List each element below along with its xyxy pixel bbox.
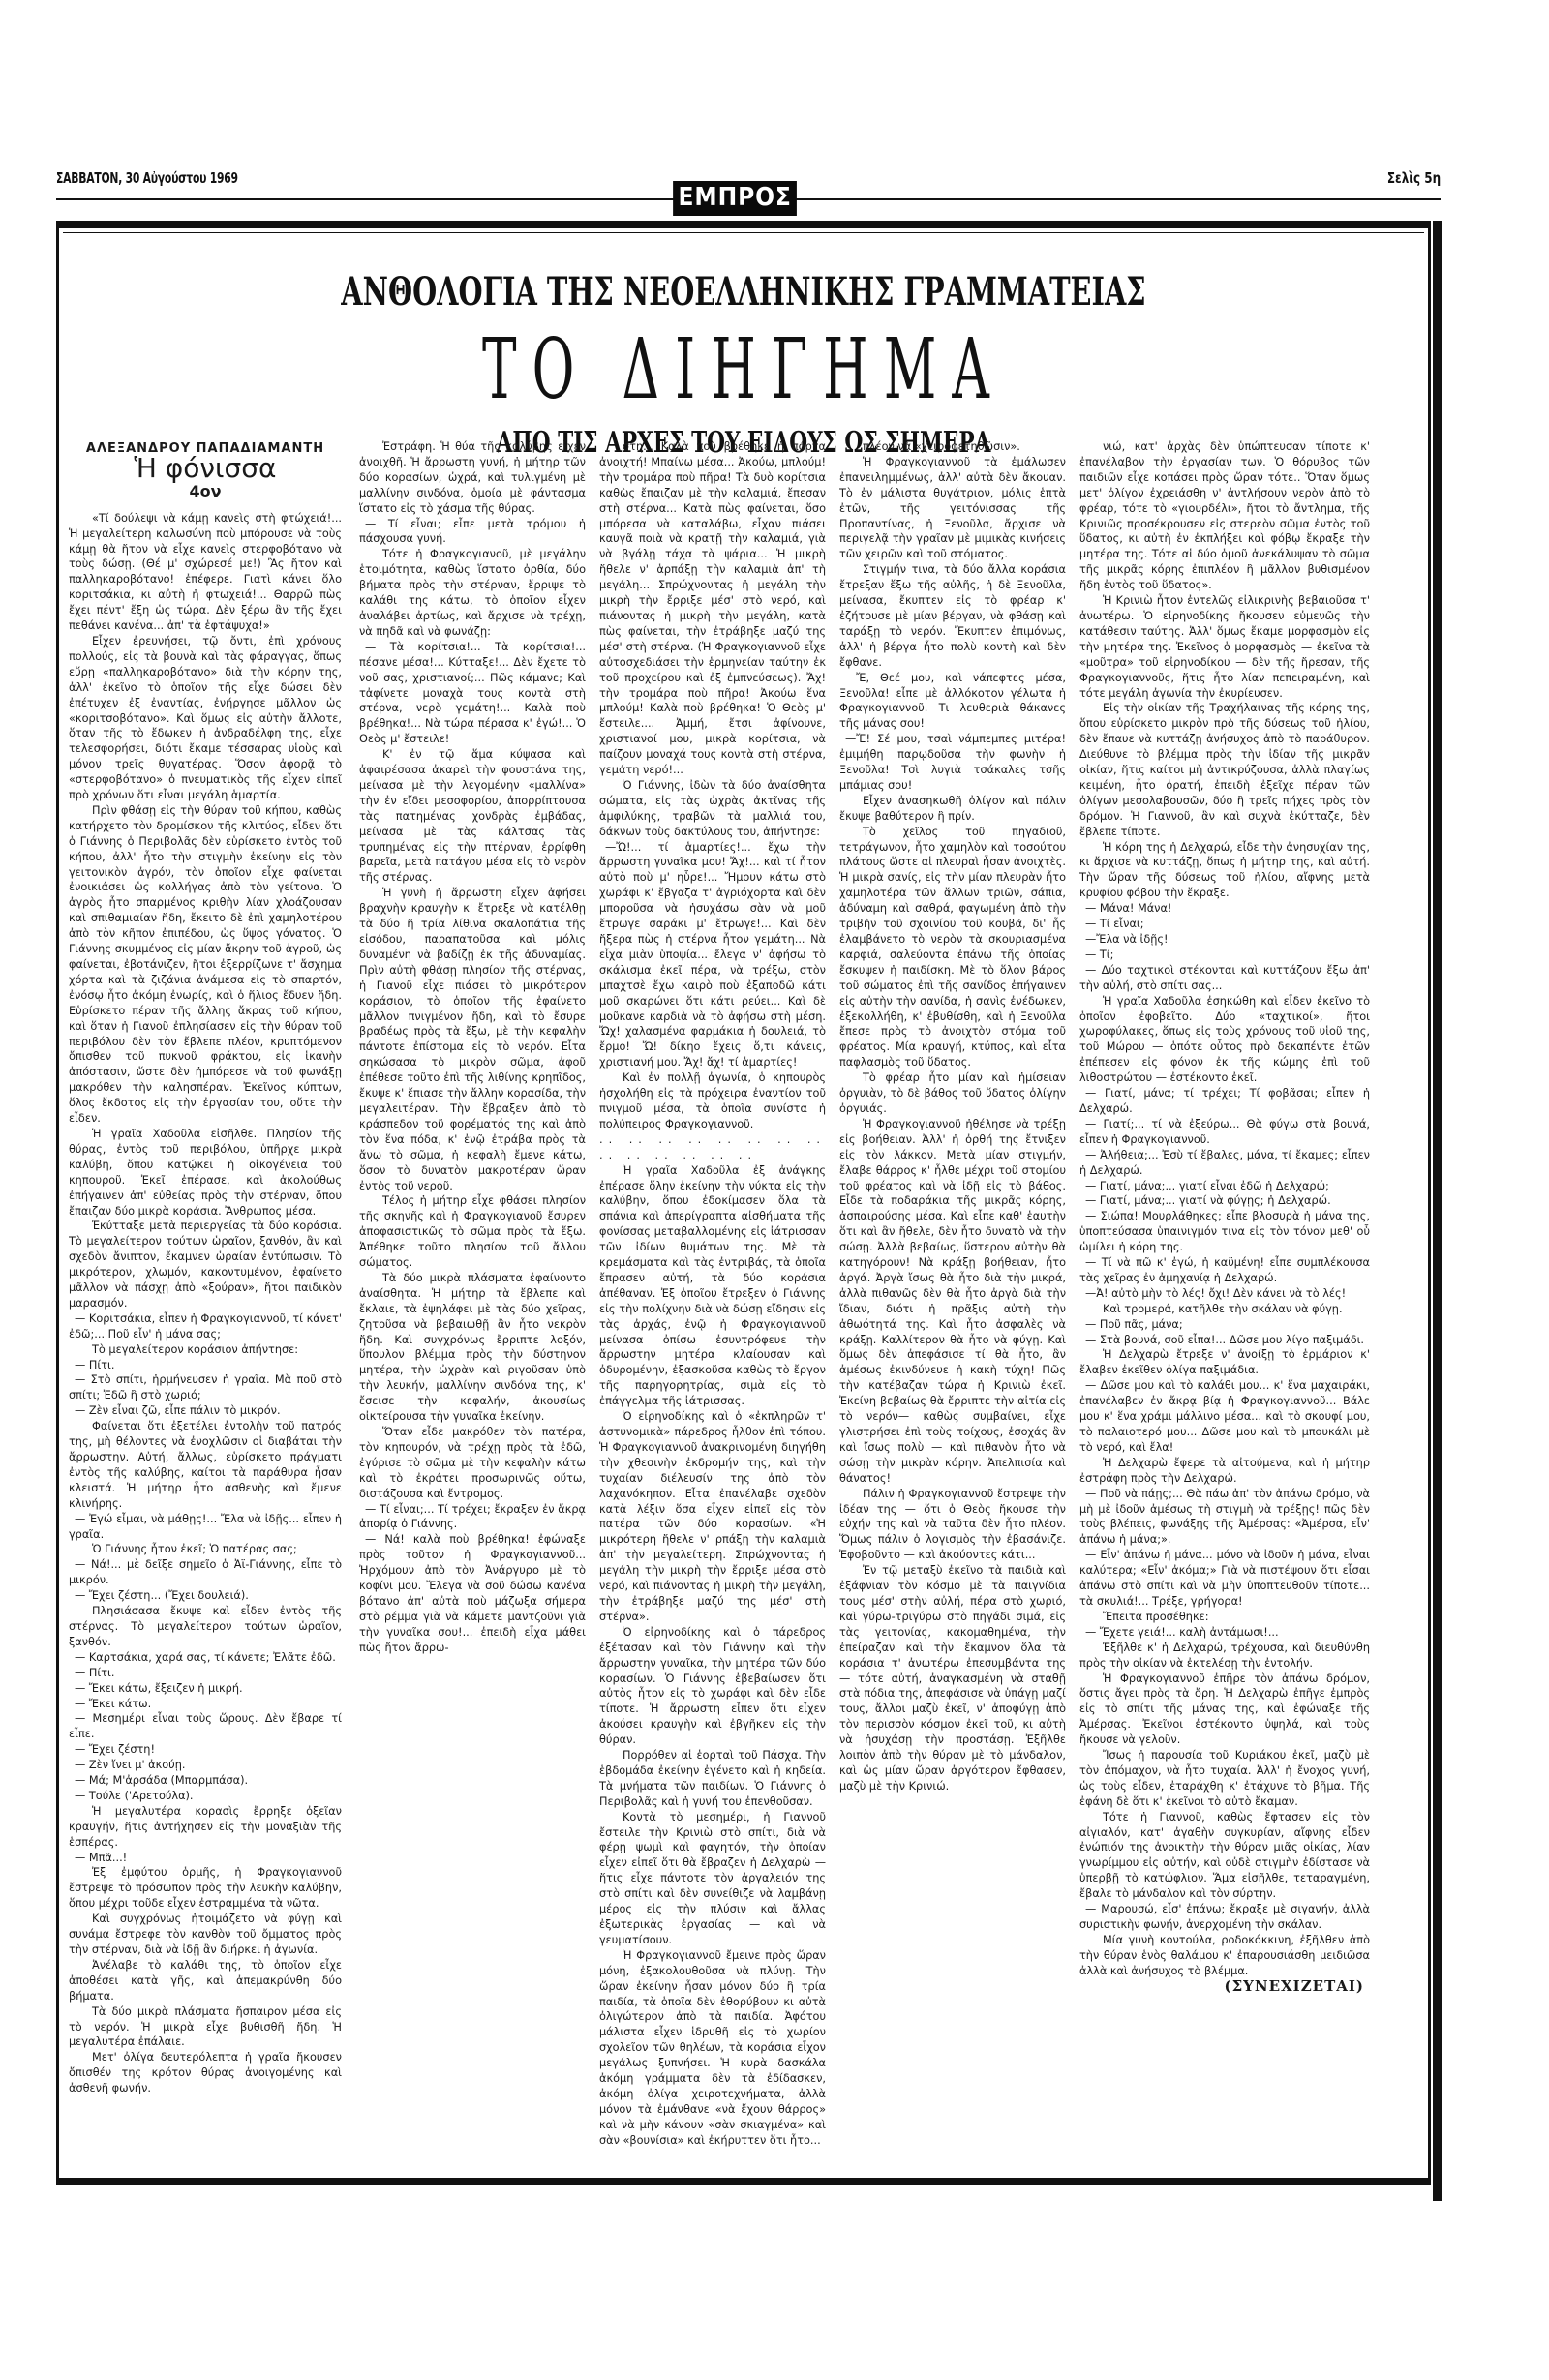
paragraph: Τότε ἡ Φραγκογιανοῦ, μὲ μεγάλην ἑτοιμότη… [359, 547, 586, 639]
paragraph: Ἡ κόρη της ἡ Δελχαρώ, εἶδε τὴν ἀνησυχίαν… [1079, 840, 1370, 902]
paragraph: — Ποῦ πᾶς, μάνα; [1079, 1317, 1370, 1333]
paragraph: Μετ' ὀλίγα δευτερόλεπτα ἡ γραῖα ἤκουσεν … [69, 2050, 342, 2096]
article-frame: ΑΝΘΟΛΟΓΙΑ ΤΗΣ ΝΕΟΕΛΛΗΝΙΚΗΣ ΓΡΑΜΜΑΤΕΙΑΣ Τ… [56, 221, 1431, 2185]
page-number: Σελὶς 5η [1387, 169, 1441, 187]
paragraph: — Νά! καλὰ ποὺ βρέθηκα! ἐφώναξε πρὸς τοῦ… [359, 1532, 586, 1655]
issue-date: ΣΑΒΒΑΤΟΝ, 30 Αὐγούστου 1969 [56, 169, 238, 187]
paragraph: Ἴσως ἡ παρουσία τοῦ Κυριάκου ἐκεῖ, μαζὺ … [1079, 1748, 1370, 1810]
paragraph: πλέον νὰ «χειροφετηθῶσιν». [839, 439, 1066, 455]
paragraph: Στιγμήν τινα, τὰ δύο ἄλλα κοράσια ἔτρεξα… [839, 562, 1066, 670]
continued-notice: (ΣΥΝΕΧΙΖΕΤΑΙ) [1079, 1979, 1370, 1995]
column-2-body: Ἐστράφη. Ἡ θύα τῆς καλύβης εἶχεν ἀνοιχθῆ… [359, 439, 586, 1656]
paragraph: Πλησιάσασα ἔκυψε καὶ εἶδεν ἐντὸς τῆς στέ… [69, 1604, 342, 1650]
paragraph: Τὸ χεῖλος τοῦ πηγαδιοῦ, τετράγωνον, ἦτο … [839, 825, 1066, 1071]
column-3-body: στη... Καλὰ ποὺ βρέθηκε ἡ πόρτα ἀνοιχτή!… [599, 439, 826, 2149]
paragraph: — Κοριτσάκια, εἶπεν ἡ Φραγκογιαννοῦ, τί … [69, 1311, 342, 1342]
paragraph: —Ἀ! αὐτὸ μὴν τὸ λές! ὄχι! Δὲν κάνει νὰ τ… [1079, 1286, 1370, 1302]
paragraph: — Τί εἶναι; εἶπε μετὰ τρόμου ἡ πάσχουσα … [359, 517, 586, 548]
paragraph: Κ' ἐν τῷ ἅμα κύψασα καὶ ἀφαιρέσασα ἀκαρε… [359, 747, 586, 886]
paragraph: νιώ, κατ' ἀρχὰς δὲν ὑπώπτευσαν τίποτε κ'… [1079, 439, 1370, 593]
column-5-body: νιώ, κατ' ἀρχὰς δὲν ὑπώπτευσαν τίποτε κ'… [1079, 439, 1370, 1979]
paragraph: — Τί εἶναι;... Τί τρέχει; ἔκραξεν ἐν ἄκρ… [359, 1502, 586, 1533]
paragraph: — Ἔκει κάτω, ἔξειζεν ἡ μικρή. [69, 1681, 342, 1697]
paragraph: Ἡ Φραγκογιαννοῦ ἔμεινε πρὸς ὥραν μόνη, ἐ… [599, 1948, 826, 2149]
paragraph: — Ἔχετε γειά!... καλὴ ἀντάμωσι!... [1079, 1625, 1370, 1641]
paragraph: «Τί δούλεψι νὰ κάμῃ κανεὶς στὴ φτώχειά!.… [69, 511, 342, 634]
paragraph: Καὶ τρομερά, κατῆλθε τὴν σκάλαν νὰ φύγῃ. [1079, 1302, 1370, 1317]
paragraph: Ἔπειτα προσέθηκε: [1079, 1610, 1370, 1625]
column-2: Ἐστράφη. Ἡ θύα τῆς καλύβης εἶχεν ἀνοιχθῆ… [359, 439, 586, 2168]
paragraph: Ἡ Δελχαρὼ ἔφερε τὰ αἰτούμενα, καὶ ἡ μήτη… [1079, 1456, 1370, 1487]
paragraph: Πρὶν φθάσῃ εἰς τὴν θύραν τοῦ κήπου, καθὼ… [69, 803, 342, 1127]
paragraph: — Τούλε ('Αρετούλα). [69, 1789, 342, 1804]
paragraph: — Μπᾶ...! [69, 1851, 342, 1866]
paragraph: Ἐστράφη. Ἡ θύα τῆς καλύβης εἶχεν ἀνοιχθῆ… [359, 439, 586, 517]
paragraph: — Μά; Μ'ἀρσάδα (Μπαρμπάσα). [69, 1773, 342, 1789]
column-4: πλέον νὰ «χειροφετηθῶσιν».Ἡ Φραγκογιαννο… [839, 439, 1066, 2168]
column-3: στη... Καλὰ ποὺ βρέθηκε ἡ πόρτα ἀνοιχτή!… [599, 439, 826, 2168]
paragraph: — Τί νὰ πῶ κ' ἐγώ, ἡ καϋμένη! εἶπε συμπλ… [1079, 1255, 1370, 1286]
paragraph: — Καρτσάκια, χαρά σας, τί κάνετε; Ἐλᾶτε … [69, 1650, 342, 1666]
paragraph: Τὸ φρέαρ ἦτο μίαν καὶ ἡμίσειαν ὀργυιὰν, … [839, 1070, 1066, 1117]
column-5: νιώ, κατ' ἀρχὰς δὲν ὑπώπτευσαν τίποτε κ'… [1079, 439, 1370, 2168]
installment-number: 4ον [69, 484, 342, 499]
paragraph: Ἡ Δελχαρὼ ἔτρεξε ν' ἀνοίξῃ τὸ ἑρμάριον κ… [1079, 1347, 1370, 1378]
paragraph: Ἐκύτταξε μετὰ περιεργείας τὰ δύο κοράσια… [69, 1219, 342, 1311]
paragraph: Τὰ δύο μικρὰ πλάσματα ἐφαίνοντο ἀναίσθητ… [359, 1271, 586, 1425]
paragraph: Ἡ Φραγκογιαννοῦ ἐπῆρε τὸν ἀπάνω δρόμον, … [1079, 1672, 1370, 1749]
paragraph: .. .. .. .. .. .. .. .. .. .. .. .. .. .… [599, 1132, 826, 1163]
paragraph: στη... Καλὰ ποὺ βρέθηκε ἡ πόρτα ἀνοιχτή!… [599, 439, 826, 778]
paragraph: — Πίτι. [69, 1666, 342, 1681]
story-title: Ἡ φόνισσα [69, 461, 342, 476]
paragraph: Καὶ ἐν πολλῇ ἀγωνίᾳ, ὁ κηπουρὸς ἠσχολήθη… [599, 1070, 826, 1132]
paragraph: — Στὸ σπίτι, ἡρμήνευσεν ἡ γραῖα. Μὰ ποῦ … [69, 1372, 342, 1403]
paragraph: Κοντὰ τὸ μεσημέρι, ἡ Γιαννοῦ ἔστειλε τὴν… [599, 1810, 826, 1948]
paragraph: —Ὤ!... τί ἁμαρτίες!... ἔχω τὴν ἄρρωστη γ… [599, 840, 826, 1071]
paragraph: Ἡ Φραγκογιαννοῦ ἠθέλησε νὰ τρέξῃ εἰς βοή… [839, 1117, 1066, 1487]
paragraph: — Μάνα! Μάνα! [1079, 901, 1370, 917]
paragraph: Τὸ μεγαλείτερον κοράσιον ἀπήντησε: [69, 1342, 342, 1358]
paragraph: Ἐξῆλθε κ' ἡ Δελχαρώ, τρέχουσα, καὶ διευθ… [1079, 1641, 1370, 1672]
paragraph: — Ἐγώ εἶμαι, νὰ μάθῃς!... Ἔλα νὰ ἰδῇς...… [69, 1512, 342, 1543]
paragraph: —Ἔλα νὰ ἰδῇς! [1079, 932, 1370, 948]
paragraph: — Εἶν' ἀπάνω ἡ μάνα... μόνο νὰ ἰδοῦν ἡ μ… [1079, 1548, 1370, 1610]
paragraph: — Μαρουσώ, εἶσ' ἐπάνω; ἔκραξε μὲ σιγανήν… [1079, 1902, 1370, 1933]
masthead: ΣΑΒΒΑΤΟΝ, 30 Αὐγούστου 1969 ΕΜΠΡΟΣ Σελὶς… [56, 165, 1441, 213]
paragraph: — Δῶσε μου καὶ τὸ καλάθι μου... κ' ἕνα μ… [1079, 1378, 1370, 1456]
paragraph: Τότε ἡ Γιαννοῦ, καθὼς ἔφτασεν εἰς τὸν αἰ… [1079, 1810, 1370, 1902]
paragraph: Πάλιν ἡ Φραγκογιαννοῦ ἔστρεψε τὴν ἰδέαν … [839, 1487, 1066, 1564]
paragraph: — Δύο ταχτικοὶ στέκονται καὶ κυττάζουν ἔ… [1079, 963, 1370, 994]
paragraph: —Ἔ, Θεέ μου, καὶ νάπεφτες μέσα, Ξενοῦλα!… [839, 671, 1066, 733]
paragraph: — Ποῦ νὰ πάῃς;... Θὰ πάω ἀπ' τὸν ἀπάνω δ… [1079, 1487, 1370, 1549]
paragraph: Εἶχεν ἀνασηκωθῆ ὀλίγον καὶ πάλιν ἔκυψε β… [839, 794, 1066, 825]
paragraph: — Γιατί, μάνα;... γιατί νὰ φύγῃς; ἡ Δελχ… [1079, 1193, 1370, 1209]
paragraph: Ὁ Γιάννης ἦτον ἐκεῖ; Ὁ πατέρας σας; [69, 1542, 342, 1557]
column-1-body: «Τί δούλεψι νὰ κάμῃ κανεὶς στὴ φτώχειά!.… [69, 511, 342, 2096]
paragraph: Καὶ συγχρόνως ἡτοιμάζετο νὰ φύγῃ καὶ συν… [69, 1912, 342, 1958]
paragraph: — Στὰ βουνά, σοῦ εἶπα!... Δῶσε μου λίγο … [1079, 1333, 1370, 1348]
paragraph: Τὰ δύο μικρὰ πλάσματα ἤσπαιρον μέσα εἰς … [69, 2004, 342, 2051]
section-header: ΑΝΘΟΛΟΓΙΑ ΤΗΣ ΝΕΟΕΛΛΗΝΙΚΗΣ ΓΡΑΜΜΑΤΕΙΑΣ Τ… [59, 269, 1428, 461]
paragraph: Τέλος ἡ μήτηρ εἶχε φθάσει πλησίον τῆς σκ… [359, 1193, 586, 1271]
paragraph: — Γιατί, μάνα; τί τρέχει; Τί φοβᾶσαι; εἶ… [1079, 1086, 1370, 1117]
article-columns: ΑΛΕΞΑΝΔΡΟΥ ΠΑΠΑΔΙΑΜΑΝΤΗ Ἡ φόνισσα 4ον «Τ… [69, 439, 1418, 2168]
paragraph: Εἶχεν ἐρευνήσει, τῷ ὄντι, ἐπὶ χρόνους πο… [69, 634, 342, 803]
paragraph: Ἡ μεγαλυτέρα κορασὶς ἔρρηξε ὀξεῖαν κραυγ… [69, 1804, 342, 1851]
paragraph: Ὁ εἰρηνοδίκης καὶ ὁ πάρεδρος ἐξέτασαν κα… [599, 1625, 826, 1748]
paragraph: — Νά!... μὲ δεῖξε σημεῖο ὁ Ἀϊ-Γιάννης, ε… [69, 1557, 342, 1588]
paragraph: Ἡ Κρινιὼ ἦτον ἐντελῶς εἰλικρινὴς βεβαιοῦ… [1079, 593, 1370, 701]
paragraph: Ἐν τῷ μεταξὺ ἐκεῖνο τὰ παιδιὰ καὶ ἐξάφνι… [839, 1563, 1066, 1794]
paragraph: Ἡ Φραγκογιαννοῦ τὰ ἐμάλωσεν ἐπανειλημμέν… [839, 455, 1066, 562]
paragraph: Εἰς τὴν οἰκίαν τῆς Τραχήλαινας τῆς κόρης… [1079, 701, 1370, 839]
paragraph: Ἀνέλαβε τὸ καλάθι της, τὸ ὁποῖον εἶχε ἀπ… [69, 1958, 342, 2004]
paragraph: — Γιατί;... τί νὰ ἐξεύρω... Θὰ φύγω στὰ … [1079, 1117, 1370, 1148]
paragraph: — Τί; [1079, 948, 1370, 963]
paragraph: Πορρόθεν αἱ ἑορταὶ τοῦ Πάσχα. Τὴν ἑβδομά… [599, 1748, 826, 1810]
paragraph: —Ἔ! Σέ μου, τσαὶ νάμπεμπες μιτέρα! ἐμιμή… [839, 732, 1066, 794]
paragraph: Ὁ Γιάννης, ἰδὼν τὰ δύο ἀναίσθητα σώματα,… [599, 778, 826, 840]
paragraph: — Ἔκει κάτω. [69, 1697, 342, 1712]
paragraph: — Τὰ κορίτσια!... Τὰ κορίτσια!... πέσανε… [359, 640, 586, 747]
paragraph: — Ἔχει ζέστη... (Ἔχει δουλειά). [69, 1588, 342, 1604]
paragraph: — Σιώπα! Μουρλάθηκες; εἶπε βλοσυρὰ ἡ μάν… [1079, 1209, 1370, 1255]
series-title: ΑΝΘΟΛΟΓΙΑ ΤΗΣ ΝΕΟΕΛΛΗΝΙΚΗΣ ΓΡΑΜΜΑΤΕΙΑΣ [251, 269, 1236, 316]
paragraph: Μία γυνὴ κοντούλα, ροδοκόκκινη, ἐξῆλθεν … [1079, 1933, 1370, 1979]
paragraph: — Ζὲν ἴνει μ' ἀκούῃ. [69, 1758, 342, 1773]
paragraph: Ὁ εἰρηνοδίκης καὶ ὁ «ἐκπληρῶν τ' ἀστυνομ… [599, 1409, 826, 1625]
paragraph: Ἐξ ἐμφύτου ὁρμῆς, ἡ Φραγκογιαννοῦ ἔστρεψ… [69, 1865, 342, 1912]
paragraph: Ἡ γραῖα Χαδοῦλα εἰσῆλθε. Πλησίον τῆς θύρ… [69, 1127, 342, 1219]
paragraph: — Τί εἶναι; [1079, 917, 1370, 932]
paragraph: — Μεσημέρι εἶναι τοὺς ὥρους. Δὲν ἔβαρε τ… [69, 1711, 342, 1742]
section-title: ΤΟ ΔΙΗΓΗΜΑ [319, 323, 1169, 416]
paragraph: — Γιατί, μάνα;... γιατί εἶναι ἐδῶ ἡ Δελχ… [1079, 1179, 1370, 1194]
paragraph: — Ἔχει ζέστη! [69, 1742, 342, 1758]
paragraph: — Πίτι. [69, 1358, 342, 1373]
column-1: ΑΛΕΞΑΝΔΡΟΥ ΠΑΠΑΔΙΑΜΑΝΤΗ Ἡ φόνισσα 4ον «Τ… [69, 439, 342, 2168]
paragraph: — Ἀλήθεια;... Ἐσὺ τί ἔβαλες, μάνα, τί ἔκ… [1079, 1148, 1370, 1179]
paragraph: Ἡ γυνὴ ἡ ἄρρωστη εἶχεν ἀφήσει βραχνὴν κρ… [359, 886, 586, 1193]
column-4-body: πλέον νὰ «χειροφετηθῶσιν».Ἡ Φραγκογιαννο… [839, 439, 1066, 1794]
newspaper-logo: ΕΜΠΡΟΣ [673, 181, 797, 216]
paragraph: Φαίνεται ὅτι ἐξετέλει ἐντολὴν τοῦ πατρός… [69, 1419, 342, 1511]
paragraph: Ἡ γραῖα Χαδοῦλα ἐσηκώθη καὶ εἶδεν ἐκεῖνο… [1079, 994, 1370, 1086]
paragraph: Ὅταν εἶδε μακρόθεν τὸν πατέρα, τὸν κηπου… [359, 1425, 586, 1502]
paragraph: — Ζὲν εἶναι ζῶ, εἶπε πάλιν τὸ μικρόν. [69, 1403, 342, 1419]
paragraph: Ἡ γραῖα Χαδοῦλα ἐξ ἀνάγκης ἐπέρασε ὅλην … [599, 1163, 826, 1410]
